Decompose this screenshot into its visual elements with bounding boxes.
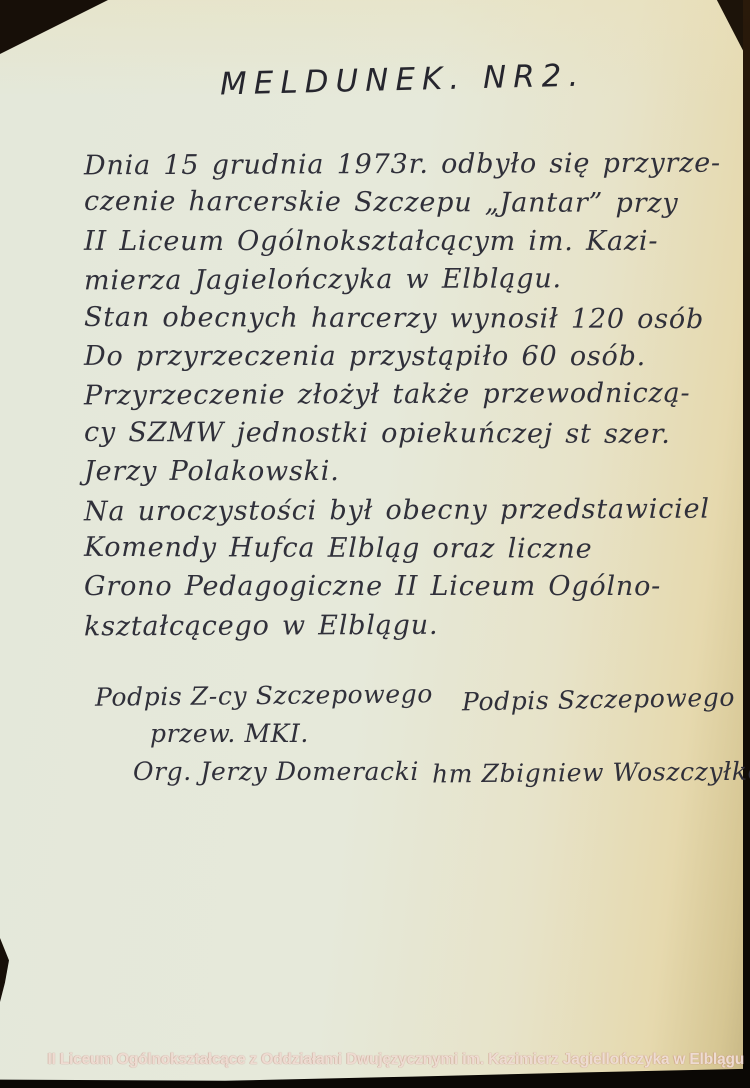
handwritten-line: Komendy Hufca Elbląg oraz liczne	[84, 529, 704, 570]
handwritten-line: Przyrzeczenie złożył także przewodniczą-	[84, 375, 704, 416]
signature-right-role: Podpis Szczepowego	[462, 683, 735, 717]
handwritten-line: Stan obecnych harcerzy wynosił 120 osób	[84, 299, 704, 340]
report-body: Dnia 15 grudnia 1973r. odbyło się przyrz…	[84, 146, 704, 645]
handwritten-line: Jerzy Polakowski.	[84, 453, 704, 491]
signature-left-org: przew. MKI.	[150, 719, 309, 748]
chronicle-photo: MELDUNEK. NR2. Dnia 15 grudnia 1973r. od…	[0, 0, 750, 1088]
handwritten-line: Do przyrzeczenia przystąpiło 60 osób.	[84, 338, 704, 376]
handwritten-line: Dnia 15 grudnia 1973r. odbyło się przyrz…	[84, 145, 704, 186]
handwritten-line: cy SZMW jednostki opiekuńczej st szer.	[84, 414, 704, 455]
handwritten-line: mierza Jagielończyka w Elblągu.	[84, 260, 704, 301]
signature-left-name: Org. Jerzy Domeracki	[133, 757, 419, 786]
handwritten-line: czenie harcerskie Szczepu „Jantar” przy	[84, 183, 704, 224]
handwritten-line: II Liceum Ogólnokształcącym im. Kazi-	[84, 223, 704, 261]
handwritten-line: Na uroczystości był obecny przedstawicie…	[84, 490, 704, 531]
signature-left-role: Podpis Z-cy Szczepowego	[95, 679, 433, 712]
watermark-caption: II Liceum Ogólnokształcące z Oddziałami …	[0, 1051, 744, 1069]
handwritten-line: Grono Pedagogiczne II Liceum Ogólno-	[84, 568, 704, 606]
signature-right-name: hm Zbigniew Woszczyłko.	[432, 757, 750, 789]
handwritten-line: kształcącego w Elblągu.	[84, 606, 704, 647]
book-spine-edge-right	[743, 0, 750, 1088]
